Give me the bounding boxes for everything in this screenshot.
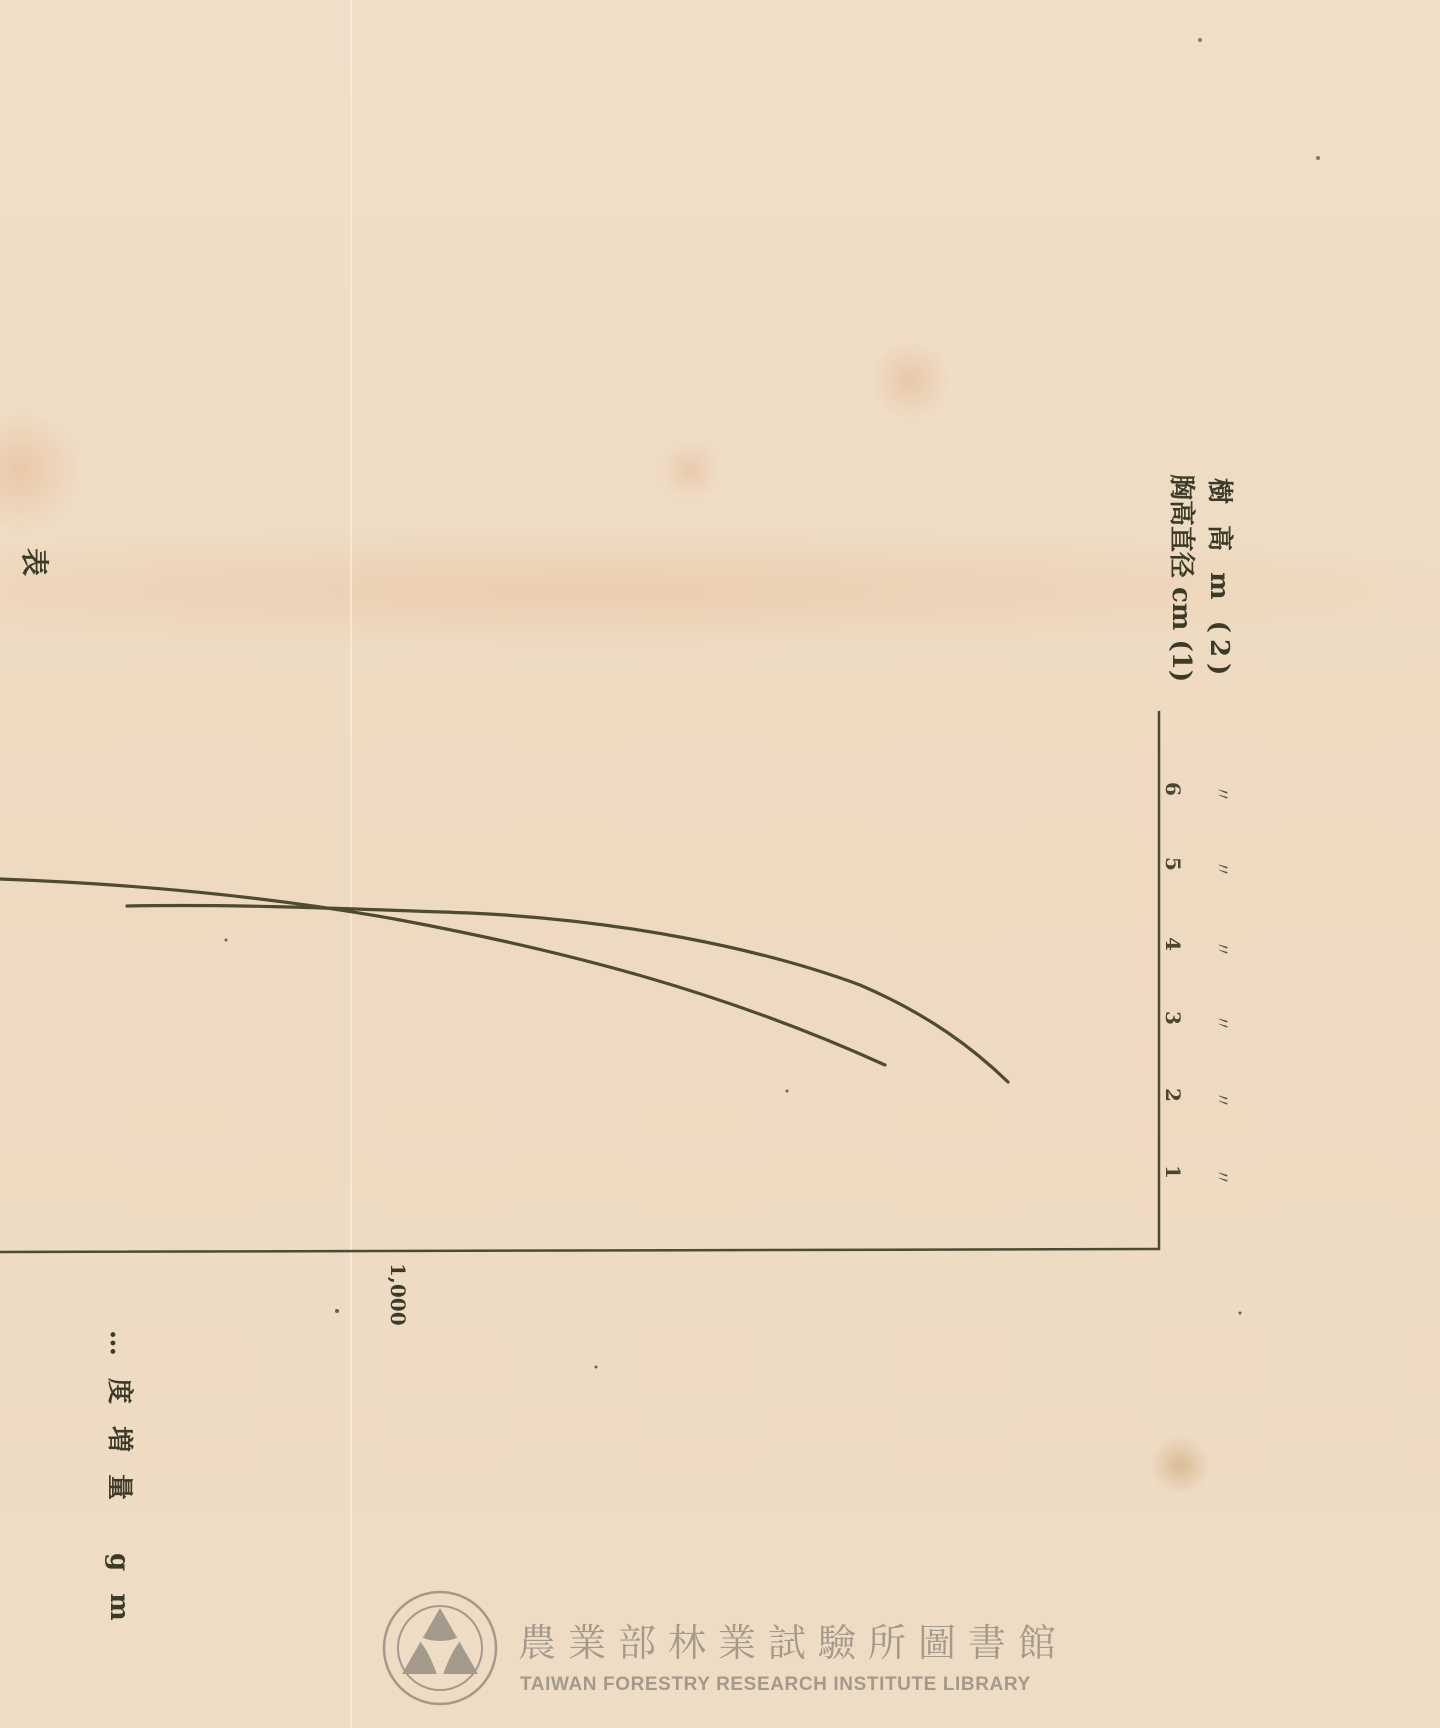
watermark-title-en: TAIWAN FORESTRY RESEARCH INSTITUTE LIBRA… [520,1674,1031,1696]
library-watermark: 1896 農業部林業試驗所圖書館 TAIWAN FORESTRY RESEARC… [380,1588,1080,1718]
x-tick-1000: 1,000 [386,1263,410,1326]
ditto-mark: 〃 [1210,1014,1236,1032]
ditto-mark: 〃 [1210,860,1236,878]
ditto-mark: 〃 [1210,785,1236,803]
ditto-mark: 〃 [1210,1168,1236,1186]
y-tick-5: 5 [1161,857,1185,871]
ditto-mark: 〃 [1210,940,1236,958]
y-tick-6: 6 [1161,782,1185,796]
title-fragment-char: 表 [16,548,56,576]
series-2-axis-label: 樹 高 m (2) [1203,478,1240,681]
axes [0,711,1159,1252]
series-2-curve [127,905,1008,1082]
y-tick-1: 1 [1161,1165,1185,1179]
seal-year: 1896 [427,1678,452,1689]
institute-seal-icon: 1896 [380,1588,500,1708]
series-1-axis-label: 胸高直径 cm (1) [1165,474,1202,682]
y-tick-3: 3 [1161,1011,1185,1025]
y-tick-4: 4 [1161,937,1185,951]
watermark-title-zh: 農業部林業試驗所圖書館 [518,1612,1068,1667]
ditto-mark: 〃 [1210,1091,1236,1109]
x-axis-label: …度増量 gm [103,1330,140,1643]
y-tick-2: 2 [1161,1088,1185,1102]
